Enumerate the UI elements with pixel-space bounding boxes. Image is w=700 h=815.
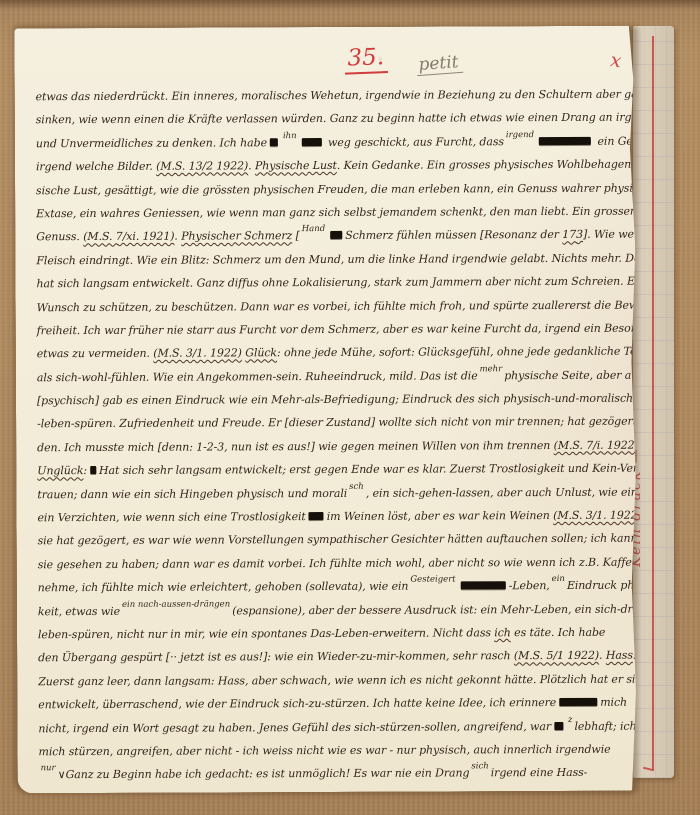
- manuscript-line: Genuss. (M.S. 7/xi. 1921). Physischer Sc…: [36, 223, 642, 249]
- handwritten-text: mich stürzen, angreifen, aber nicht - ic…: [38, 743, 610, 758]
- handwritten-text: Hat sich sehr langsam entwickelt; erst g…: [99, 462, 642, 477]
- manuscript-line: den Übergang gespürt [·· jetzt ist es au…: [38, 644, 644, 670]
- handwritten-text: etwas zu vermeiden.: [37, 347, 154, 361]
- insertion-above-line: z: [568, 708, 573, 731]
- manuscript-line: den. Ich musste mich [denn: 1-2-3, nun i…: [37, 433, 643, 459]
- handwritten-text: ein Verzichten, wie wenn sich eine Trost…: [37, 510, 305, 524]
- manuscript-line: etwas das niederdrückt. Ein inneres, mor…: [36, 83, 642, 109]
- corner-mark-x: x: [609, 49, 623, 72]
- handwritten-text: als sich-wohl-fühlen. Wie ein Angekommen…: [37, 369, 478, 384]
- handwritten-text: hat sich langsam entwickelt. Ganz diffus…: [36, 275, 645, 291]
- manuscript-line: entwickelt, überraschend, wie der Eindru…: [38, 691, 644, 717]
- underlined-phrase: 173: [562, 228, 583, 241]
- handwritten-text: (espansione), aber der bessere Ausdruck …: [232, 602, 674, 617]
- handwritten-text: ∨Ganz zu Beginn habe ich gedacht: es ist…: [58, 767, 470, 782]
- handwritten-text: Extase, ein wahres Geniessen, wie wenn m…: [36, 204, 698, 220]
- underlined-phrase: Physischer Schmerz: [181, 229, 292, 242]
- handwritten-text: freiheit. Ich war früher nie starr aus F…: [37, 321, 659, 337]
- manuscript-line: [psychisch] gab es einen Eindruck wie ei…: [37, 387, 643, 413]
- manuscript-line: irgend welche Bilder. (M.S. 13/2 1922). …: [36, 153, 642, 179]
- handwritten-text: trauen; dann wie ein sich Hingeben physi…: [37, 487, 347, 501]
- handwritten-text: es täte. Ich habe: [511, 626, 606, 639]
- manuscript-line: leben-spüren, nicht nur in mir, wie ein …: [38, 621, 644, 647]
- handwritten-text: den Übergang gespürt [·· jetzt ist es au…: [38, 650, 514, 665]
- red-margin-rule: [652, 36, 654, 770]
- handwritten-text: sie hat gezögert, es war wie wenn Vorste…: [38, 532, 700, 548]
- insertion-above-line: Hand: [302, 218, 326, 242]
- underlined-phrase: ich: [494, 626, 511, 639]
- handwritten-text: entwickelt, überraschend, wie der Eindru…: [38, 696, 556, 711]
- manuscript-line: sinken, wie wenn einen die Kräfte verlas…: [36, 106, 642, 132]
- insertion-above-line: Gesteigert: [410, 569, 455, 593]
- handwritten-text: etwas das niederdrückt. Ein inneres, mor…: [36, 87, 700, 103]
- handwritten-text: Schmerz fühlen müssen [Resonanz der: [345, 228, 562, 242]
- redaction-mark: [309, 512, 324, 520]
- handwritten-text: nicht, irgend ein Wort gesagt zu haben. …: [38, 720, 551, 735]
- manuscript-line: ein Verzichten, wie wenn sich eine Trost…: [37, 504, 643, 530]
- insertion-above-line: irgend: [506, 124, 534, 148]
- insertion-above-line: nur: [41, 758, 56, 781]
- handwritten-text: mich: [600, 696, 627, 709]
- manuscript-line: Zuerst ganz leer, dann langsam: Hass, ab…: [38, 667, 644, 693]
- handwritten-text: keit, etwas wie: [38, 604, 120, 617]
- manuscript-line: Wunsch zu schützen, zu beschützen. Dann …: [37, 293, 643, 319]
- handwritten-text: weg geschickt, aus Furcht, dass: [325, 135, 504, 149]
- insertion-above-line: sch: [349, 475, 364, 498]
- underlined-phrase: Unglück: [37, 464, 83, 477]
- insertion-above-line: ihn: [283, 125, 297, 148]
- redaction-mark: [330, 231, 342, 239]
- manuscript-line: trauen; dann wie ein sich Hingeben physi…: [37, 480, 643, 506]
- handwritten-text: irgend eine Hass-: [491, 766, 588, 779]
- underlined-phrase: (M.S. 3/1. 1922): [553, 509, 642, 522]
- handwritten-text: sische Lust, gesättigt, wie die grössten…: [36, 181, 663, 197]
- scanned-document-on-board: Kein druck — 35. petit x etwas das niede…: [0, 0, 700, 815]
- redaction-mark: [554, 722, 563, 730]
- manuscript-line: -leben-spüren. Zufriedenheit und Freude.…: [37, 410, 643, 436]
- handwritten-text: Fleisch eindringt. Wie ein Blitz: Schmer…: [36, 251, 697, 267]
- insertion-above-line: ein: [552, 568, 565, 591]
- manuscript-line: etwas zu vermeiden. (M.S. 3/1. 1922) Glü…: [37, 340, 643, 366]
- handwritten-text: sie gesehen zu haben; dann war es damit …: [38, 555, 677, 571]
- insertion-above-line: sich: [471, 756, 488, 779]
- underlined-phrase: Glück: [245, 347, 277, 360]
- handwritten-text: [: [292, 229, 300, 242]
- underlined-phrase: (M.S. 7/i. 1922): [554, 438, 639, 451]
- redaction-mark: [90, 466, 96, 474]
- manuscript-line: hat sich langsam entwickelt. Ganz diffus…: [36, 270, 642, 296]
- handwritten-text: sinken, wie wenn einen die Kräfte verlas…: [36, 111, 700, 127]
- handwritten-text: -leben-spüren. Zufriedenheit und Freude.…: [37, 415, 700, 431]
- redaction-mark: [539, 137, 591, 145]
- manuscript-line: nur∨Ganz zu Beginn habe ich gedacht: es …: [39, 761, 645, 787]
- manuscript-text-block: etwas das niederdrückt. Ein inneres, mor…: [36, 83, 645, 787]
- header-page-number: 35.: [344, 44, 388, 75]
- manuscript-paper: 35. petit x etwas das niederdrückt. Ein …: [14, 26, 637, 794]
- manuscript-line: sie hat gezögert, es war wie wenn Vorste…: [38, 527, 644, 553]
- underlined-phrase: Hass: [606, 649, 633, 662]
- header-typesetting-note: petit: [416, 52, 463, 76]
- handwritten-text: den. Ich musste mich [denn: 1-2-3, nun i…: [37, 439, 554, 454]
- handwritten-text: Zuerst ganz leer, dann langsam: Hass, ab…: [38, 672, 682, 688]
- underlined-phrase: (M.S. 5/1 1922): [514, 649, 599, 662]
- underlined-phrase: (M.S. 3/1. 1922): [153, 347, 242, 360]
- manuscript-line: und Unvermeidliches zu denken. Ich habei…: [36, 129, 642, 155]
- handwritten-text: irgend welche Bilder.: [36, 160, 156, 174]
- redaction-mark: [559, 698, 597, 706]
- redaction-mark: [461, 581, 506, 589]
- manuscript-line: als sich-wohl-fühlen. Wie ein Angekommen…: [37, 363, 643, 389]
- manuscript-line: Extase, ein wahres Geniessen, wie wenn m…: [36, 200, 642, 226]
- redaction-mark: [270, 138, 278, 146]
- manuscript-line: Unglück:Hat sich sehr langsam entwickelt…: [37, 457, 643, 483]
- manuscript-line: Fleisch eindringt. Wie ein Blitz: Schmer…: [36, 246, 642, 272]
- insertion-above-line: ein nach-aussen-drängen: [122, 593, 230, 617]
- redaction-mark: [302, 138, 322, 146]
- manuscript-line: mich stürzen, angreifen, aber nicht - ic…: [38, 738, 644, 764]
- manuscript-line: freiheit. Ich war früher nie starr aus F…: [37, 317, 643, 343]
- underlined-phrase: Physische Lust: [255, 159, 337, 172]
- underlined-phrase: (M.S. 13/2 1922): [156, 160, 248, 173]
- handwritten-text: :: [83, 464, 87, 477]
- handwritten-text: Genuss.: [36, 230, 83, 243]
- handwritten-text: im Weinen löst, aber es war kein Weinen: [327, 509, 553, 523]
- manuscript-line: sische Lust, gesättigt, wie die grössten…: [36, 176, 642, 202]
- handwritten-text: und Unvermeidliches zu denken. Ich habe: [36, 136, 267, 150]
- handwritten-text: Wunsch zu schützen, zu beschützen. Dann …: [37, 298, 682, 314]
- manuscript-line: nicht, irgend ein Wort gesagt zu haben. …: [38, 714, 644, 740]
- handwritten-text: leben-spüren, nicht nur in mir, wie ein …: [38, 626, 494, 641]
- manuscript-line: keit, etwas wieein nach-aussen-drängen(e…: [38, 597, 644, 623]
- insertion-above-line: mehr: [480, 358, 503, 382]
- handwritten-text: -Leben,: [509, 579, 550, 592]
- underlined-phrase: (M.S. 7/xi. 1921): [83, 230, 174, 243]
- handwritten-text: [psychisch] gab es einen Eindruck wie ei…: [37, 392, 659, 408]
